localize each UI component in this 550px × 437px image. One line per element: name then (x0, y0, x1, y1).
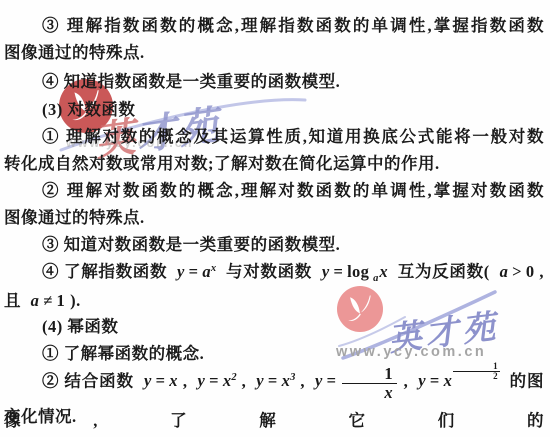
formula-logarithm: y=logax (322, 262, 388, 281)
math-subscript: a (373, 273, 378, 284)
math-fraction-exponent: 12 (453, 362, 500, 382)
math-func: log (347, 262, 369, 281)
line-text: , (404, 371, 409, 390)
formula-y-eq-x3: y=x3 (256, 371, 295, 390)
line-text: 与对数函数 (226, 262, 312, 281)
math-var: y (177, 262, 185, 281)
formula-y-eq-1-over-x: y=1x (315, 371, 399, 390)
doc-line-log-concept: ② 理解对数函数的概念,理解对数函数的单调性,掌握对数函数 (4, 178, 544, 204)
math-var: x (169, 371, 178, 390)
line-text: , (183, 371, 188, 390)
doc-line-log-concept-2: 图像通过的特殊点. (4, 205, 544, 231)
math-fraction: 1x (342, 365, 396, 402)
math-op: = (189, 262, 199, 281)
math-num: 1 (57, 291, 66, 310)
doc-line-inverse-functions: ④ 了解指数函数 y=ax 与对数函数 y=logax 互为反函数( a>0, (4, 259, 544, 288)
math-var: a (500, 262, 509, 281)
math-op: ≠ (43, 291, 52, 310)
doc-heading-log-func: (3) 对数函数 (4, 97, 544, 123)
formula-y-eq-x2: y=x2 (197, 371, 236, 390)
math-superscript: x (211, 263, 216, 274)
line-text: 互为反函数( (398, 262, 490, 281)
doc-line-condition-2: 且 a≠1). (4, 288, 544, 314)
doc-heading-power-func: (4) 幂函数 (4, 314, 544, 340)
line-text: , (242, 371, 247, 390)
doc-line-variation: 变化情况. (4, 404, 544, 430)
doc-line-exp-concept: ③ 理解指数函数的概念,理解指数函数的单调性,掌握指数函数 (4, 13, 544, 39)
math-op: = (156, 371, 166, 390)
line-text: 且 (4, 291, 21, 310)
math-var: y (144, 371, 152, 390)
line-text: ④ 了解指数函数 (42, 262, 167, 281)
math-var: a (202, 262, 211, 281)
doc-line-log-model: ③ 知道对数函数是一类重要的函数模型. (4, 232, 544, 258)
math-superscript: 3 (290, 372, 295, 383)
doc-line-log-ops: ① 理解对数的概念及其运算性质,知道用换底公式能将一般对数 (4, 124, 544, 150)
math-op: > (512, 262, 522, 281)
math-var: x (282, 371, 291, 390)
math-var: y (197, 371, 205, 390)
math-op: = (268, 371, 278, 390)
math-num: 0 (526, 262, 535, 281)
math-var: y (315, 371, 323, 390)
math-superscript: 2 (231, 372, 236, 383)
math-var: y (418, 371, 426, 390)
doc-line-log-ops-2: 转化成自然对数或常用对数;了解对数在简化运算中的作用. (4, 151, 544, 177)
math-var: x (379, 262, 388, 281)
math-op: = (327, 371, 337, 390)
math-den: 2 (453, 372, 500, 381)
math-var: y (256, 371, 264, 390)
math-op: = (333, 262, 343, 281)
math-den: x (342, 384, 396, 402)
formula-y-eq-x: y=x (144, 371, 178, 390)
line-text: ). (70, 291, 81, 310)
formula-condition: a≠1 (31, 291, 65, 310)
line-text: , (539, 262, 544, 281)
math-var: a (31, 291, 40, 310)
math-num: 1 (342, 365, 396, 384)
line-text: ② 结合函数 (42, 371, 134, 390)
formula-exponential: y=ax (177, 262, 216, 281)
formula-y-eq-x-half: y=x12 (418, 371, 499, 390)
doc-line-exp-model: ④ 知道指数函数是一类重要的函数模型. (4, 69, 544, 95)
math-op: = (209, 371, 219, 390)
math-var: x (444, 371, 453, 390)
scanned-document-page: 英才苑 www.ycy.com.cn 英才苑 www.ycy.com.cn ③ … (0, 0, 550, 437)
doc-line-exp-concept-2: 图像通过的特殊点. (4, 40, 544, 66)
math-var: y (322, 262, 330, 281)
math-op: = (430, 371, 440, 390)
line-text: , (300, 371, 305, 390)
formula-condition: a>0 (500, 262, 535, 281)
